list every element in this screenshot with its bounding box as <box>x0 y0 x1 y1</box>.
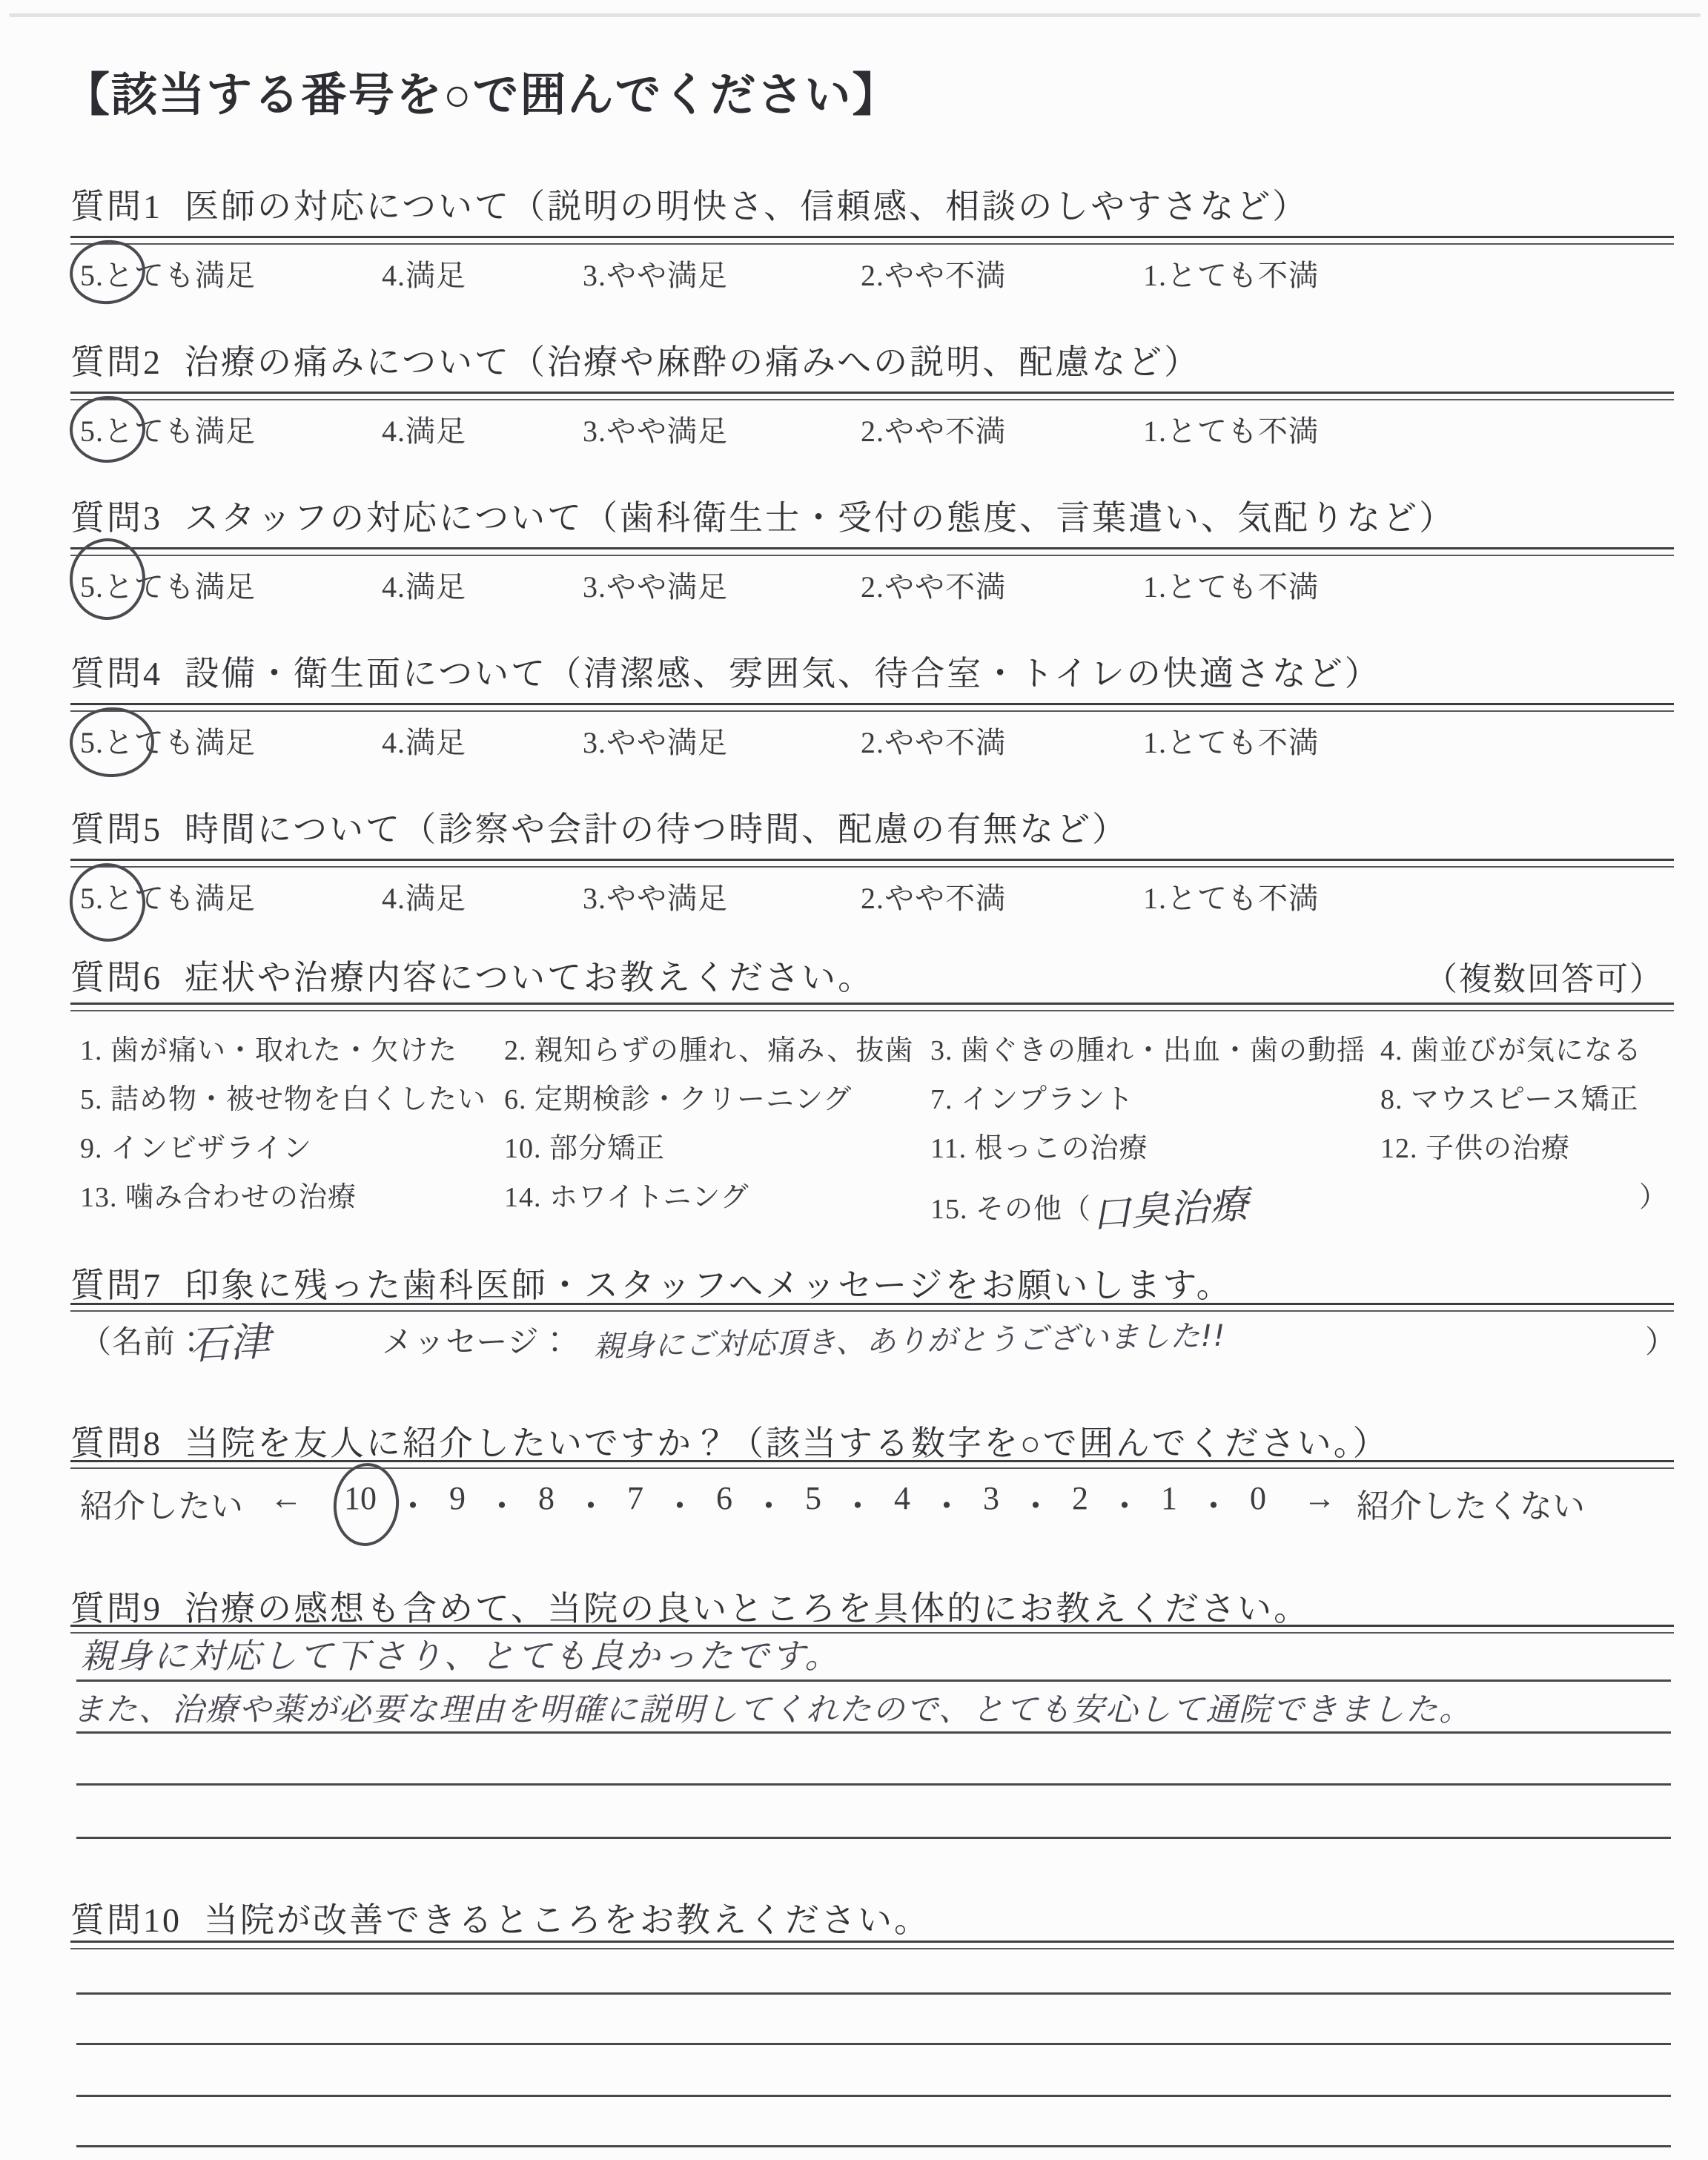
handwritten-name: 石津 <box>188 1309 272 1371</box>
answer-ruled-line: また、治療や薬が必要な理由を明確に説明してくれたので、とても安心して通院できまし… <box>76 1685 1671 1734</box>
rating-options-row: 5.とても満足4.満足3.やや満足2.やや不満1.とても不満 <box>70 408 1674 455</box>
nps-separator: ・ <box>1019 1479 1052 1527</box>
question-header: 質問4設備・衛生面について（清潔感、雰囲気、待合室・トイレの快適さなど） <box>70 647 1674 696</box>
rating-option: 5.とても満足 <box>80 875 256 917</box>
handwritten-circle <box>67 394 148 466</box>
nps-number: 5 <box>805 1479 821 1517</box>
q10-answer-area <box>70 1893 1674 2160</box>
q6-item: 8. マウスピース矯正 <box>1380 1076 1638 1117</box>
question-header: 質問7印象に残った歯科医師・スタッフへメッセージをお願いします。 <box>70 1258 1674 1307</box>
question-7-block: 質問7印象に残った歯科医師・スタッフへメッセージをお願いします。 （名前： 石津… <box>70 1258 1674 1307</box>
nps-number: 7 <box>627 1479 643 1517</box>
answer-ruled-line <box>76 2099 1671 2147</box>
rating-option: 3.やや満足 <box>583 564 728 606</box>
q6-item: 11. 根っこの治療 <box>930 1125 1148 1166</box>
question-header: 質問1医師の対応について（説明の明快さ、信頼感、相談のしやすさなど） <box>70 179 1674 228</box>
question-number: 質問5 <box>70 810 162 848</box>
section-divider <box>70 236 1674 245</box>
rating-option: 3.やや満足 <box>583 875 728 917</box>
message-label: メッセージ： <box>382 1318 571 1362</box>
nps-separator: ・ <box>663 1479 696 1527</box>
scan-edge-line <box>9 13 1701 17</box>
q6-item: 9. インビザライン <box>80 1125 312 1166</box>
nps-number: 0 <box>1250 1479 1266 1517</box>
q9-answer-area: 親身に対応して下さり、とても良かったです。また、治療や薬が必要な理由を明確に説明… <box>70 1582 1674 1863</box>
nps-left-label: 紹介したい <box>80 1479 243 1527</box>
nps-number: 8 <box>538 1479 555 1517</box>
q6-item: 3. 歯ぐきの腫れ・出血・歯の動揺 <box>930 1027 1366 1068</box>
nps-separator: ・ <box>930 1479 963 1527</box>
answer-ruled-line <box>76 1997 1671 2045</box>
closing-paren: ） <box>1645 1318 1677 1362</box>
nps-separator: ・ <box>1108 1479 1141 1527</box>
question-8-block: 質問8当院を友人に紹介したいですか？（該当する数字を○で囲んでください。） 紹介… <box>70 1416 1674 1465</box>
rating-option: 2.やや不満 <box>861 564 1006 606</box>
question-title: 医師の対応について（説明の明快さ、信頼感、相談のしやすさなど） <box>185 188 1308 225</box>
rating-option: 3.やや満足 <box>583 719 728 762</box>
rating-options-row: 5.とても満足4.満足3.やや満足2.やや不満1.とても不満 <box>70 252 1674 300</box>
rating-option: 2.やや不満 <box>861 719 1006 762</box>
q6-other-item: 15. その他（口臭治療 <box>930 1174 1248 1229</box>
rating-option: 5.とても満足 <box>80 252 256 294</box>
q6-item: 1. 歯が痛い・取れた・欠けた <box>80 1027 457 1068</box>
question-3-block: 質問3スタッフの対応について（歯科衛生士・受付の態度、言葉遣い、気配りなど）5.… <box>70 491 1674 540</box>
section-divider <box>70 859 1674 868</box>
nps-right-label: 紹介したくない <box>1357 1479 1585 1527</box>
nps-number: 2 <box>1072 1479 1088 1517</box>
q6-item: 14. ホワイトニング <box>504 1174 749 1215</box>
nps-separator: ・ <box>397 1479 429 1527</box>
rating-option: 3.やや満足 <box>583 408 728 450</box>
handwritten-circle <box>62 856 153 949</box>
answer-ruled-line <box>76 1946 1671 1995</box>
question-header: 質問3スタッフの対応について（歯科衛生士・受付の態度、言葉遣い、気配りなど） <box>70 491 1674 540</box>
question-number: 質問2 <box>70 343 162 381</box>
question-title: 当院を友人に紹介したいですか？（該当する数字を○で囲んでください。） <box>185 1424 1389 1462</box>
question-number: 質問4 <box>70 655 162 693</box>
question-10-block: 質問10当院が改善できるところをお教えください。 <box>70 1893 1674 2160</box>
question-9-block: 質問9治療の感想も含めて、当院の良いところを具体的にお教えください。 親身に対応… <box>70 1582 1674 1863</box>
question-number: 質問6 <box>70 959 162 997</box>
rating-options-row: 5.とても満足4.満足3.やや満足2.やや不満1.とても不満 <box>70 719 1674 767</box>
question-title: 治療の痛みについて（治療や麻酔の痛みへの説明、配慮など） <box>185 343 1200 381</box>
handwritten-answer: また、治療や薬が必要な理由を明確に説明してくれたので、とても安心して通院できまし… <box>72 1685 1472 1730</box>
rating-option: 1.とても不満 <box>1143 564 1319 606</box>
rating-option: 5.とても満足 <box>80 719 256 762</box>
rating-option: 5.とても満足 <box>80 564 256 606</box>
rating-option: 1.とても不満 <box>1143 408 1319 450</box>
question-title: スタッフの対応について（歯科衛生士・受付の態度、言葉遣い、気配りなど） <box>185 499 1455 537</box>
question-number: 質問3 <box>70 499 162 537</box>
rating-option: 4.満足 <box>382 408 466 450</box>
section-divider <box>70 1003 1674 1011</box>
left-arrow-icon: ← <box>270 1479 302 1517</box>
nps-number: 3 <box>983 1479 999 1517</box>
answer-ruled-line: 親身に対応して下さり、とても良かったです。 <box>76 1634 1671 1682</box>
page-title: 【該当する番号を○で囲んでください】 <box>64 58 899 124</box>
question-number: 質問1 <box>70 188 162 225</box>
q6-item: 4. 歯並びが気になる <box>1380 1027 1642 1068</box>
rating-option: 3.やや満足 <box>583 252 728 294</box>
nps-number: 9 <box>449 1479 466 1517</box>
question-5-block: 質問5時間について（診察や会計の待つ時間、配慮の有無など）5.とても満足4.満足… <box>70 802 1674 851</box>
question-title: 症状や治療内容についてお教えください。 <box>185 959 874 997</box>
answer-ruled-line <box>76 2049 1671 2097</box>
question-4-block: 質問4設備・衛生面について（清潔感、雰囲気、待合室・トイレの快適さなど）5.とて… <box>70 647 1674 696</box>
q6-item: 7. インプラント <box>930 1076 1134 1117</box>
q6-other-label: 15. その他（ <box>930 1194 1091 1225</box>
nps-scale-row: 紹介したい ← 10・9・8・7・6・5・4・3・2・1・0 → 紹介したくない <box>80 1479 1674 1546</box>
q6-item: 2. 親知らずの腫れ、痛み、抜歯 <box>504 1027 914 1068</box>
section-divider <box>70 1303 1674 1312</box>
nps-separator: ・ <box>752 1479 785 1527</box>
rating-option: 4.満足 <box>382 252 466 294</box>
q6-item: 5. 詰め物・被せ物を白くしたい <box>80 1076 486 1117</box>
question-6-block: 質問6症状や治療内容についてお教えください。 （複数回答可） 1. 歯が痛い・取… <box>70 951 1674 1000</box>
rating-option: 2.やや不満 <box>861 408 1006 450</box>
rating-options-row: 5.とても満足4.満足3.やや満足2.やや不満1.とても不満 <box>70 875 1674 922</box>
rating-option: 4.満足 <box>382 564 466 606</box>
rating-option: 5.とても満足 <box>80 408 256 450</box>
question-number: 質問8 <box>70 1424 162 1462</box>
nps-separator: ・ <box>486 1479 518 1527</box>
section-divider <box>70 1460 1674 1469</box>
question-header: 質問2治療の痛みについて（治療や麻酔の痛みへの説明、配慮など） <box>70 335 1674 384</box>
q6-item: 10. 部分矯正 <box>504 1125 665 1166</box>
question-2-block: 質問2治療の痛みについて（治療や麻酔の痛みへの説明、配慮など）5.とても満足4.… <box>70 335 1674 384</box>
handwritten-circle <box>66 235 150 308</box>
handwritten-other-answer: 口臭治療 <box>1090 1173 1251 1240</box>
q6-item: 13. 噛み合わせの治療 <box>80 1174 357 1215</box>
nps-separator: ・ <box>575 1479 607 1527</box>
answer-ruled-line <box>76 1737 1671 1786</box>
rating-option: 4.満足 <box>382 875 466 917</box>
nps-number: 1 <box>1161 1479 1177 1517</box>
rating-options-row: 5.とても満足4.満足3.やや満足2.やや不満1.とても不満 <box>70 564 1674 611</box>
rating-option: 1.とても不満 <box>1143 875 1319 917</box>
q6-item: 12. 子供の治療 <box>1380 1125 1570 1166</box>
handwritten-circle <box>68 706 155 779</box>
rating-option: 2.やや不満 <box>861 252 1006 294</box>
question-header: 質問8当院を友人に紹介したいですか？（該当する数字を○で囲んでください。） <box>70 1416 1674 1465</box>
nps-numbers: 10・9・8・7・6・5・4・3・2・1・0 <box>344 1479 1266 1527</box>
rating-option: 1.とても不満 <box>1143 719 1319 762</box>
q6-other-close-paren: ） <box>1639 1174 1667 1215</box>
question-title: 時間について（診察や会計の待つ時間、配慮の有無など） <box>185 810 1128 848</box>
q7-answer-row: （名前： 石津 メッセージ： 親身にご対応頂き、ありがとうございました!! ） <box>70 1318 1674 1377</box>
handwritten-answer: 親身に対応して下さり、とても良かったです。 <box>81 1629 841 1678</box>
handwritten-message: 親身にご対応頂き、ありがとうございました!! <box>594 1312 1226 1366</box>
question-1-block: 質問1医師の対応について（説明の明快さ、信頼感、相談のしやすさなど）5.とても満… <box>70 179 1674 228</box>
question-number: 質問7 <box>70 1266 162 1304</box>
nps-number: 10 <box>344 1479 377 1517</box>
question-title: 印象に残った歯科医師・スタッフへメッセージをお願いします。 <box>185 1266 1233 1304</box>
section-divider <box>70 547 1674 556</box>
handwritten-circle <box>330 1460 402 1548</box>
question-title: 設備・衛生面について（清潔感、雰囲気、待合室・トイレの快適さなど） <box>185 655 1381 693</box>
nps-separator: ・ <box>1197 1479 1230 1527</box>
section-divider <box>70 703 1674 712</box>
rating-option: 4.満足 <box>382 719 466 762</box>
question-header: 質問5時間について（診察や会計の待つ時間、配慮の有無など） <box>70 802 1674 851</box>
section-divider <box>70 392 1674 400</box>
multi-answer-note: （複数回答可） <box>1425 952 1664 1000</box>
q6-items: 1. 歯が痛い・取れた・欠けた2. 親知らずの腫れ、痛み、抜歯3. 歯ぐきの腫れ… <box>70 1027 1674 1227</box>
rating-option: 2.やや不満 <box>861 875 1006 917</box>
survey-page: 【該当する番号を○で囲んでください】 質問1医師の対応について（説明の明快さ、信… <box>0 0 1708 2160</box>
nps-separator: ・ <box>841 1479 874 1527</box>
q6-item: 6. 定期検診・クリーニング <box>504 1076 852 1117</box>
rating-option: 1.とても不満 <box>1143 252 1319 294</box>
answer-ruled-line <box>76 1791 1671 1839</box>
nps-number: 6 <box>716 1479 732 1517</box>
right-arrow-icon: → <box>1303 1479 1336 1517</box>
nps-number: 4 <box>894 1479 910 1517</box>
